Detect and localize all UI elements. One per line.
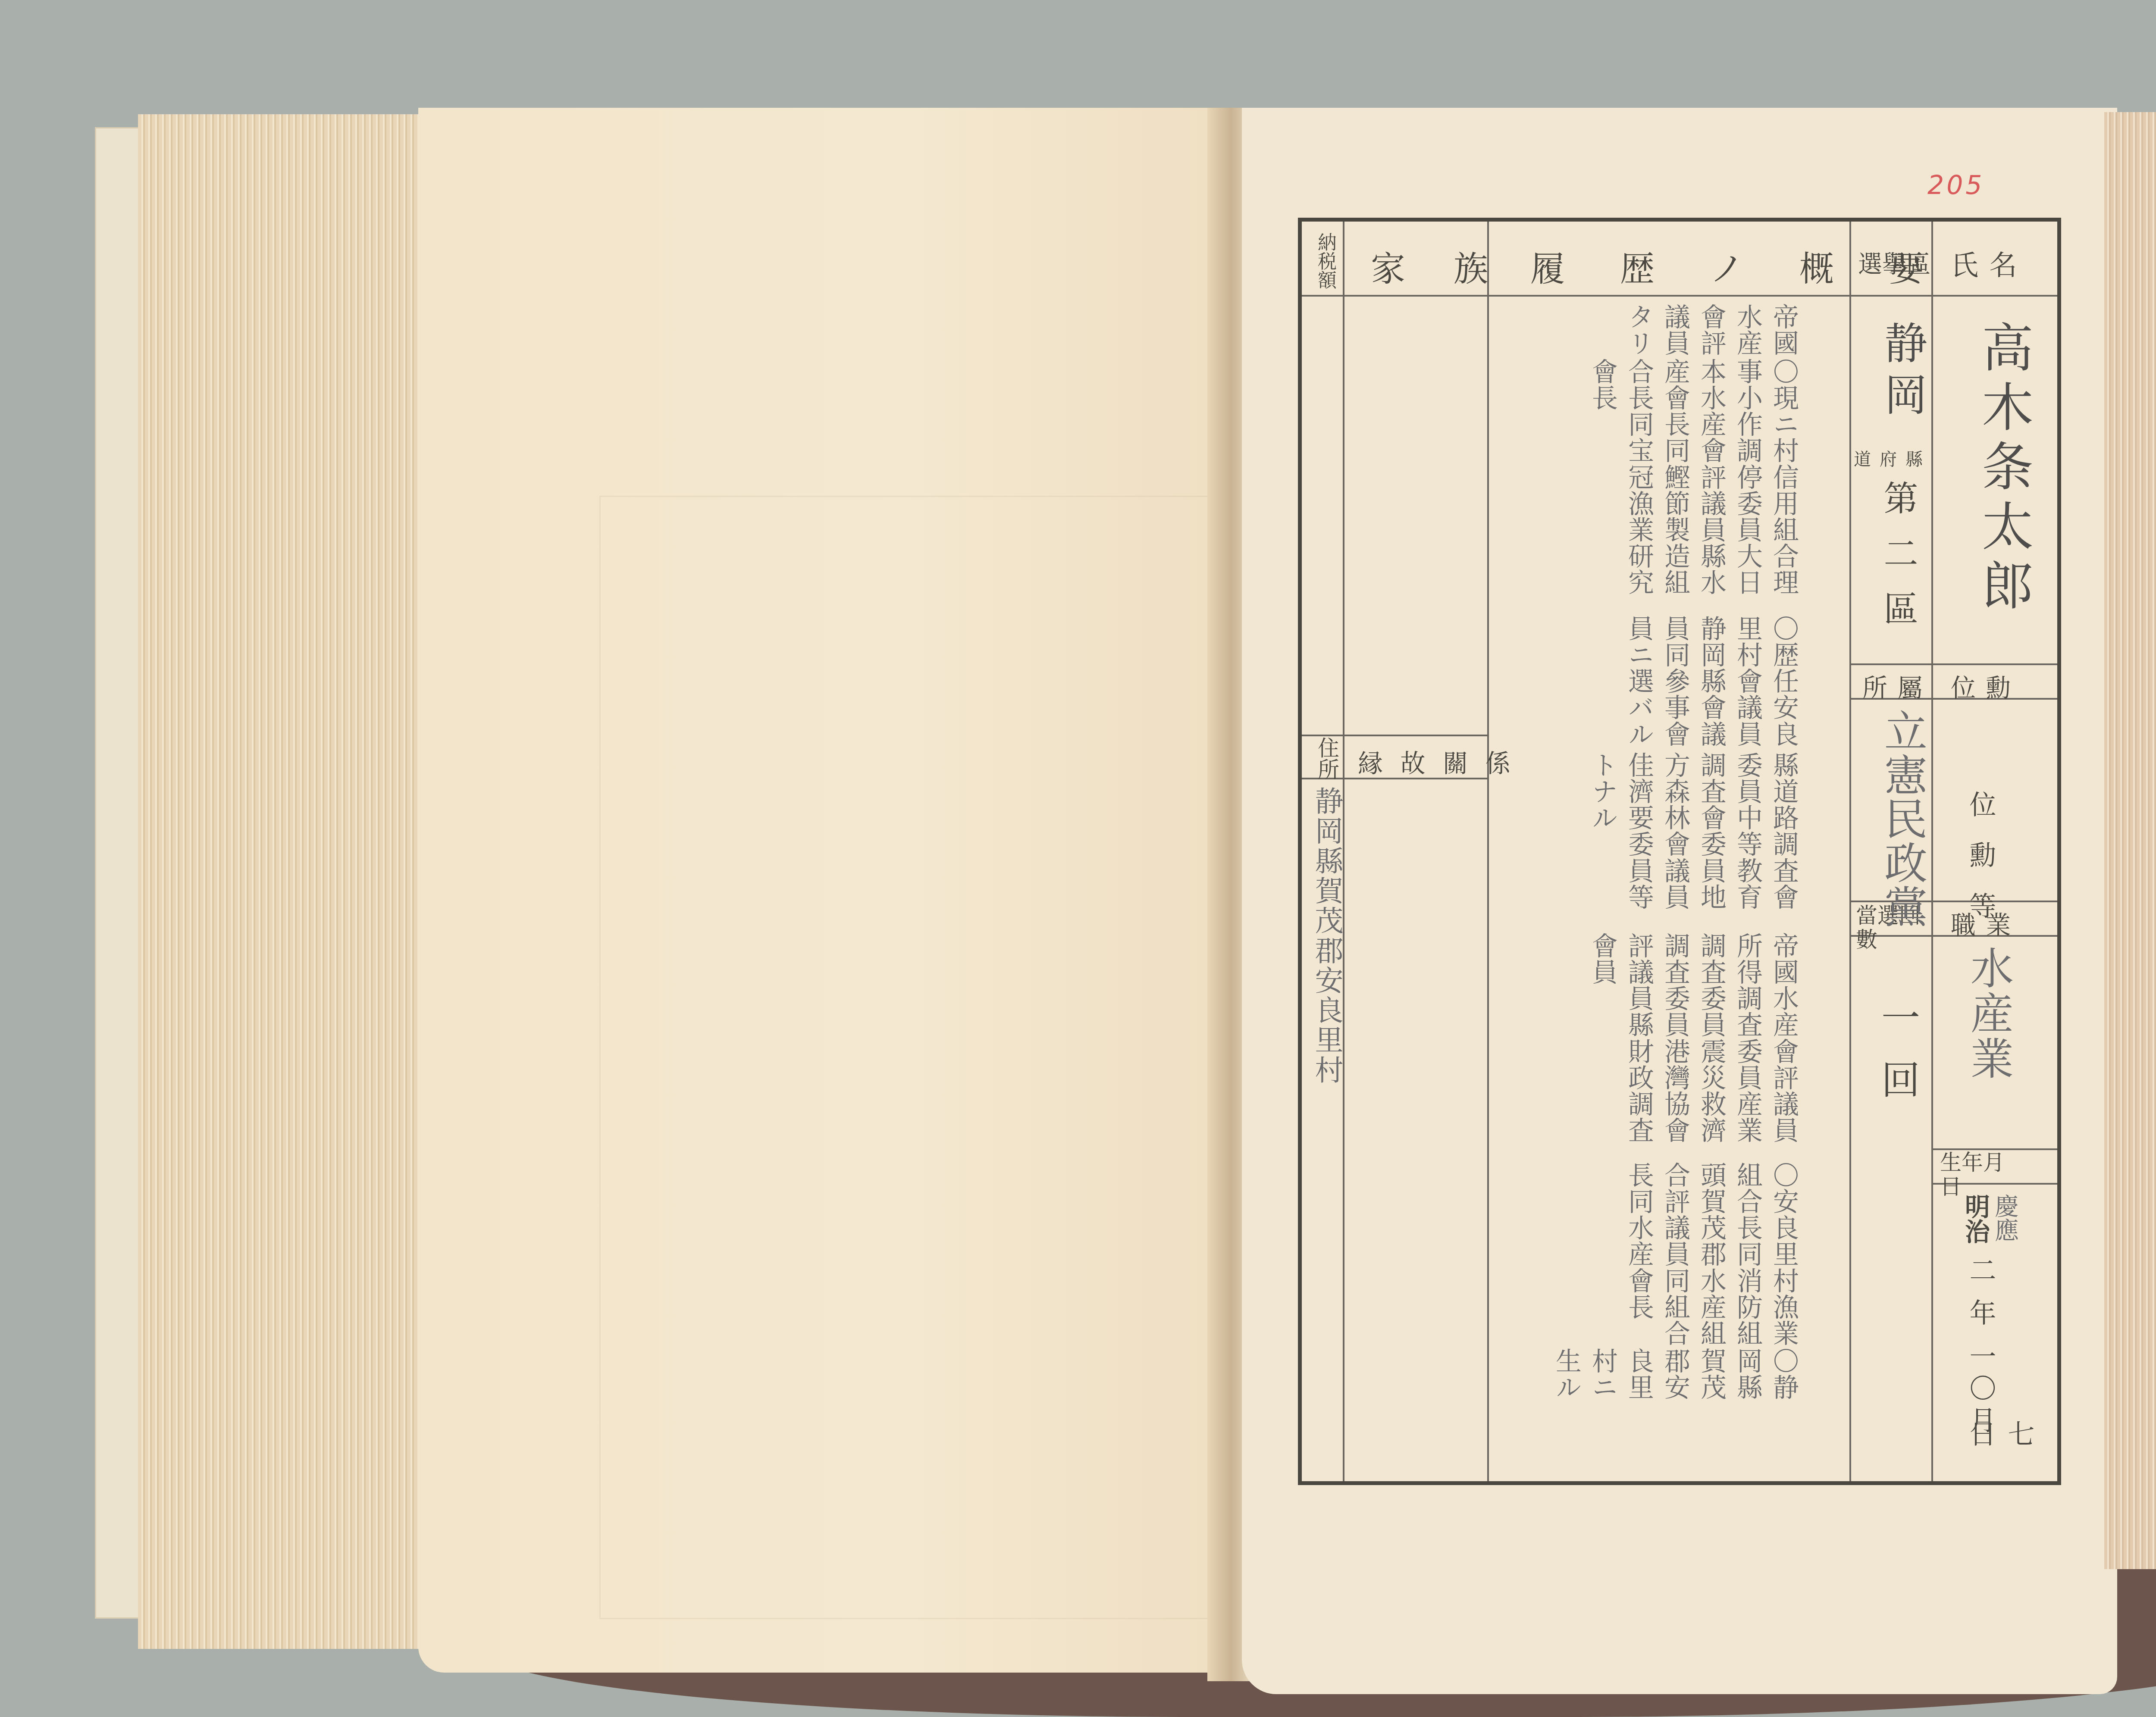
- career-line: 縣道路調査會委員中等教育調査會委員地方森林會議員佳濟要委員等トナル: [1543, 752, 1802, 932]
- district-number-value: 第二區: [1873, 480, 1923, 646]
- career-summary: 〇静岡縣賀茂郡安良里村ニ生ル 〇安良里村漁業組合長同消防組頭賀茂郡水産組合評議員…: [1543, 303, 1802, 1424]
- header-address: 住所: [1311, 737, 1342, 780]
- career-line: 〇安良里村漁業組合長同消防組頭賀茂郡水産組合評議員同組合長同水産會長: [1543, 1162, 1802, 1348]
- affiliation-value: 立憲民政黨: [1871, 709, 1933, 929]
- register-form: 氏名 選擧區 履歴ノ概要 家族 納税額 位勳 所屬 職業 當選回數 生年月日 縁…: [1298, 218, 2061, 1485]
- birth-year: 二年: [1962, 1256, 2000, 1342]
- rank-value: 位勳等: [1962, 791, 2000, 943]
- header-birthdate: 生年月日: [1940, 1151, 2013, 1199]
- divider: [1487, 222, 1489, 1481]
- career-line: 帝國水産會評議員タリ: [1543, 303, 1802, 358]
- header-relations: 縁故關係: [1358, 743, 1528, 779]
- district-suffix-label: 道府縣: [1854, 446, 1931, 470]
- divider: [1931, 663, 2057, 665]
- career-line: 帝國水産會評議員所得調査委員産業調査委員震災救濟調査委員港灣協會評議員縣財政調査…: [1543, 932, 1802, 1162]
- header-affiliation: 所屬: [1862, 668, 1932, 704]
- book-cover-left: [95, 127, 142, 1619]
- birth-day: 七日: [1962, 1420, 2038, 1481]
- header-tax: 納税額: [1311, 232, 1339, 289]
- district-prefecture-value: 静岡: [1871, 321, 1933, 424]
- occupation-value: 水産業: [1957, 946, 2019, 1082]
- divider: [1302, 735, 1343, 736]
- birth-era-handwritten: 慶應: [1987, 1194, 2022, 1242]
- page-number-annotation: 205: [1927, 170, 1985, 200]
- times-elected-value: 一回: [1869, 998, 1925, 1122]
- page-edges-left: [138, 114, 423, 1649]
- header-career: 履歴ノ概要: [1530, 241, 1979, 291]
- header-rank: 位勳: [1951, 668, 2021, 704]
- left-page: [418, 108, 1229, 1673]
- header-family: 家族: [1371, 241, 1536, 291]
- divider: [1849, 663, 1931, 665]
- header-divider: [1302, 295, 2057, 297]
- divider: [1849, 222, 1851, 1481]
- career-line: 〇静岡縣賀茂郡安良里村ニ生ル: [1543, 1348, 1802, 1424]
- show-through-form: [599, 496, 1227, 1619]
- career-line: 〇現ニ村信用組合理事小作調停委員大日本水産會評議員縣水産會長同鰹節製造組合長同宝…: [1543, 358, 1802, 615]
- divider: [1343, 735, 1487, 736]
- career-line: 〇歴任安良里村會議員静岡縣會議員同參事會員ニ選バル: [1543, 615, 1802, 752]
- address-value: 静岡縣賀茂郡安良里村: [1306, 786, 1347, 1085]
- name-value: 高木条太郎: [1966, 321, 2040, 618]
- page-edges-right: [2104, 112, 2156, 1569]
